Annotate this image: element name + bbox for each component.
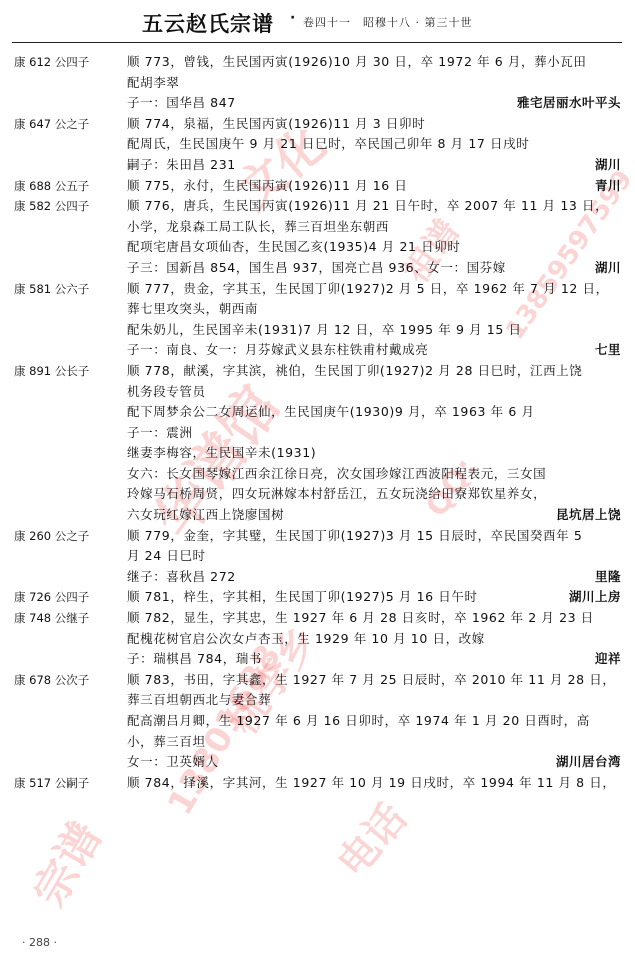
book-title: 五云赵氏宗谱 [142, 8, 274, 38]
entry-text: 顺 783，书田，字其鑫，生 1927 年 7 月 25 日辰时，卒 2010 … [127, 670, 616, 691]
lineage-label: 康 647 公之子 [14, 114, 89, 135]
entry-line: 康 891 公长子顺 778，献溪，字其滨，祧伯，生民国丁卯(1927)2 月 … [0, 361, 635, 382]
entry-text: 女六：长女国琴嫁江西余江徐日亮，次女国珍嫁江西波阳程表元，三女国 [127, 464, 546, 485]
entry-line: 康 688 公五子顺 775，永付，生民国丙寅(1926)11 月 16 日青川 [0, 176, 635, 197]
entry-text: 子一：震洲 [127, 423, 193, 444]
watermark-text: 电话 [322, 790, 417, 888]
entry-line: 康 582 公四子顺 776，唐兵，生民国丙寅(1926)11 月 21 日午时… [0, 196, 635, 217]
header-rule [12, 42, 622, 43]
entry-line: 康 581 公六子顺 777，贵金，字其玉，生民国丁卯(1927)2 月 5 日… [0, 279, 635, 300]
entry-line: 玲嫁马石桥周贤，四女玩淋嫁本村舒岳江，五女玩浇给田寮郑钦星养女， [0, 484, 635, 505]
entry-text: 顺 777，贵金，字其玉，生民国丁卯(1927)2 月 5 日，卒 1962 年… [127, 279, 609, 300]
genealogy-entry: 康 260 公之子顺 779，金奎，字其璧，生民国丁卯(1927)3 月 15 … [0, 526, 635, 588]
entry-text: 顺 781，梓生，字其相，生民国丁卯(1927)5 月 16 日午时 [127, 587, 478, 608]
entry-line: 配下周梦余公二女周运仙，生民国庚午(1930)9 月，卒 1963 年 6 月 [0, 402, 635, 423]
entry-text: 六女玩红嫁江西上饶廖国树 [127, 505, 284, 526]
genealogy-entry: 康 748 公继子顺 782，显生，字其忠，生 1927 年 6 月 28 日亥… [0, 608, 635, 670]
genealogy-entry: 康 688 公五子顺 775，永付，生民国丙寅(1926)11 月 16 日青川 [0, 176, 635, 197]
residence-place: 里隆 [595, 567, 621, 588]
entry-line: 小，葬三百坦 [0, 732, 635, 753]
lineage-label: 康 678 公次子 [14, 670, 89, 691]
lineage-label: 康 748 公继子 [14, 608, 89, 629]
entry-text: 配胡李翠 [127, 73, 179, 94]
entry-text: 子三：国新昌 854，国生昌 937，国亮亡昌 936、女一：国芬嫁 [127, 258, 506, 279]
entry-line: 配项宅唐昌女项仙杏，生民国乙亥(1935)4 月 21 日卯时 [0, 237, 635, 258]
entry-line: 女一：卫英婿人湖川居台湾 [0, 752, 635, 773]
watermark-text: 宗谱 [14, 808, 113, 916]
entry-line: 葬七里攻突头，朝西南 [0, 299, 635, 320]
title-separator: · [290, 10, 295, 26]
entry-line: 康 726 公四子顺 781，梓生，字其相，生民国丁卯(1927)5 月 16 … [0, 587, 635, 608]
entry-text: 子：瑞棋昌 784，瑞书 [127, 649, 262, 670]
lineage-label: 康 517 公嗣子 [14, 773, 89, 794]
lineage-label: 康 688 公五子 [14, 176, 89, 197]
residence-place: 湖川 [595, 155, 621, 176]
entry-text: 顺 779，金奎，字其璧，生民国丁卯(1927)3 月 15 日辰时，卒民国癸酉… [127, 526, 582, 547]
entry-line: 康 517 公嗣子顺 784，择溪，字其河，生 1927 年 10 月 19 日… [0, 773, 635, 794]
genealogy-entry: 康 891 公长子顺 778，献溪，字其滨，祧伯，生民国丁卯(1927)2 月 … [0, 361, 635, 526]
entry-line: 康 612 公四子顺 773，曾钱，生民国丙寅(1926)10 月 30 日，卒… [0, 52, 635, 73]
genealogy-entry: 康 678 公次子顺 783，书田，字其鑫，生 1927 年 7 月 25 日辰… [0, 670, 635, 773]
lineage-label: 康 891 公长子 [14, 361, 89, 382]
entry-line: 康 260 公之子顺 779，金奎，字其璧，生民国丁卯(1927)3 月 15 … [0, 526, 635, 547]
volume-subtitle: 卷四十一 昭穆十八 · 第三十世 [303, 14, 473, 30]
entry-text: 小，葬三百坦 [127, 732, 206, 753]
entry-text: 子一：国华昌 847 [127, 93, 236, 114]
genealogy-entries: 康 612 公四子顺 773，曾钱，生民国丙寅(1926)10 月 30 日，卒… [0, 52, 635, 793]
entry-line: 嗣子：朱田昌 231湖川 [0, 155, 635, 176]
lineage-label: 康 582 公四子 [14, 196, 89, 217]
entry-line: 子一：南良、女一：月芬嫁武义县东柱铁甫村戴成亮七里 [0, 340, 635, 361]
entry-line: 康 748 公继子顺 782，显生，字其忠，生 1927 年 6 月 28 日亥… [0, 608, 635, 629]
entry-line: 子一：震洲 [0, 423, 635, 444]
entry-text: 顺 782，显生，字其忠，生 1927 年 6 月 28 日亥时，卒 1962 … [127, 608, 594, 629]
genealogy-entry: 康 647 公之子顺 774，泉福，生民国丙寅(1926)11 月 3 日卯时配… [0, 114, 635, 176]
entry-line: 配朱奶儿，生民国辛未(1931)7 月 12 日，卒 1995 年 9 月 15… [0, 320, 635, 341]
genealogy-entry: 康 517 公嗣子顺 784，择溪，字其河，生 1927 年 10 月 19 日… [0, 773, 635, 794]
entry-line: 继妻李梅容，生民国辛未(1931) [0, 443, 635, 464]
entry-text: 配项宅唐昌女项仙杏，生民国乙亥(1935)4 月 21 日卯时 [127, 237, 460, 258]
genealogy-entry: 康 726 公四子顺 781，梓生，字其相，生民国丁卯(1927)5 月 16 … [0, 587, 635, 608]
entry-line: 继子：喜秋昌 272里隆 [0, 567, 635, 588]
entry-text: 配槐花树官启公次女卢杏玉，生 1929 年 10 月 10 日，改嫁 [127, 629, 485, 650]
residence-place: 湖川居台湾 [556, 752, 621, 773]
entry-text: 月 24 日巳时 [127, 546, 206, 567]
residence-place: 迎祥 [595, 649, 621, 670]
entry-text: 配高潮吕月卿，生 1927 年 6 月 16 日卯时，卒 1974 年 1 月 … [127, 711, 590, 732]
entry-text: 配周氏，生民国庚午 9 月 21 日巳时，卒民国己卯年 8 月 17 日戌时 [127, 134, 529, 155]
entry-text: 顺 776，唐兵，生民国丙寅(1926)11 月 21 日午时，卒 2007 年… [127, 196, 608, 217]
entry-line: 子三：国新昌 854，国生昌 937，国亮亡昌 936、女一：国芬嫁湖川 [0, 258, 635, 279]
entry-line: 机务段专管员 [0, 382, 635, 403]
residence-place: 青川 [595, 176, 621, 197]
entry-line: 月 24 日巳时 [0, 546, 635, 567]
genealogy-entry: 康 582 公四子顺 776，唐兵，生民国丙寅(1926)11 月 21 日午时… [0, 196, 635, 278]
entry-text: 顺 778，献溪，字其滨，祧伯，生民国丁卯(1927)2 月 28 日巳时，江西… [127, 361, 582, 382]
residence-place: 七里 [595, 340, 621, 361]
entry-line: 六女玩红嫁江西上饶廖国树昆坑居上饶 [0, 505, 635, 526]
entry-text: 女一：卫英婿人 [127, 752, 219, 773]
entry-text: 顺 774，泉福，生民国丙寅(1926)11 月 3 日卯时 [127, 114, 425, 135]
genealogy-entry: 康 581 公六子顺 777，贵金，字其玉，生民国丁卯(1927)2 月 5 日… [0, 279, 635, 361]
entry-line: 子：瑞棋昌 784，瑞书迎祥 [0, 649, 635, 670]
residence-place: 雅宅居丽水叶平头 [517, 93, 621, 114]
lineage-label: 康 581 公六子 [14, 279, 89, 300]
entry-line: 配周氏，生民国庚午 9 月 21 日巳时，卒民国己卯年 8 月 17 日戌时 [0, 134, 635, 155]
genealogy-entry: 康 612 公四子顺 773，曾钱，生民国丙寅(1926)10 月 30 日，卒… [0, 52, 635, 114]
residence-place: 湖川 [595, 258, 621, 279]
entry-text: 葬七里攻突头，朝西南 [127, 299, 258, 320]
entry-text: 顺 773，曾钱，生民国丙寅(1926)10 月 30 日，卒 1972 年 6… [127, 52, 587, 73]
entry-line: 配高潮吕月卿，生 1927 年 6 月 16 日卯时，卒 1974 年 1 月 … [0, 711, 635, 732]
entry-line: 女六：长女国琴嫁江西余江徐日亮，次女国珍嫁江西波阳程表元，三女国 [0, 464, 635, 485]
entry-text: 葬三百坦朝西北与妻合葬 [127, 690, 271, 711]
entry-text: 顺 784，择溪，字其河，生 1927 年 10 月 19 日戌时，卒 1994… [127, 773, 616, 794]
entry-text: 玲嫁马石桥周贤，四女玩淋嫁本村舒岳江，五女玩浇给田寮郑钦星养女， [127, 484, 546, 505]
entry-line: 康 647 公之子顺 774，泉福，生民国丙寅(1926)11 月 3 日卯时 [0, 114, 635, 135]
entry-text: 配朱奶儿，生民国辛未(1931)7 月 12 日，卒 1995 年 9 月 15… [127, 320, 522, 341]
lineage-label: 康 612 公四子 [14, 52, 89, 73]
lineage-label: 康 726 公四子 [14, 587, 89, 608]
page-number: · 288 · [22, 936, 57, 949]
residence-place: 湖川上房 [569, 587, 621, 608]
entry-line: 子一：国华昌 847雅宅居丽水叶平头 [0, 93, 635, 114]
entry-text: 配下周梦余公二女周运仙，生民国庚午(1930)9 月，卒 1963 年 6 月 [127, 402, 535, 423]
entry-line: 葬三百坦朝西北与妻合葬 [0, 690, 635, 711]
entry-text: 机务段专管员 [127, 382, 206, 403]
entry-text: 继子：喜秋昌 272 [127, 567, 236, 588]
lineage-label: 康 260 公之子 [14, 526, 89, 547]
page-header: 五云赵氏宗谱 · 卷四十一 昭穆十八 · 第三十世 [0, 0, 635, 42]
entry-text: 继妻李梅容，生民国辛未(1931) [127, 443, 316, 464]
entry-line: 康 678 公次子顺 783，书田，字其鑫，生 1927 年 7 月 25 日辰… [0, 670, 635, 691]
entry-line: 配槐花树官启公次女卢杏玉，生 1929 年 10 月 10 日，改嫁 [0, 629, 635, 650]
entry-text: 顺 775，永付，生民国丙寅(1926)11 月 16 日 [127, 176, 408, 197]
entry-text: 嗣子：朱田昌 231 [127, 155, 236, 176]
entry-line: 配胡李翠 [0, 73, 635, 94]
entry-line: 小学，龙泉森工局工队长，葬三百坦坐东朝西 [0, 217, 635, 238]
entry-text: 子一：南良、女一：月芬嫁武义县东柱铁甫村戴成亮 [127, 340, 428, 361]
entry-text: 小学，龙泉森工局工队长，葬三百坦坐东朝西 [127, 217, 389, 238]
residence-place: 昆坑居上饶 [556, 505, 621, 526]
